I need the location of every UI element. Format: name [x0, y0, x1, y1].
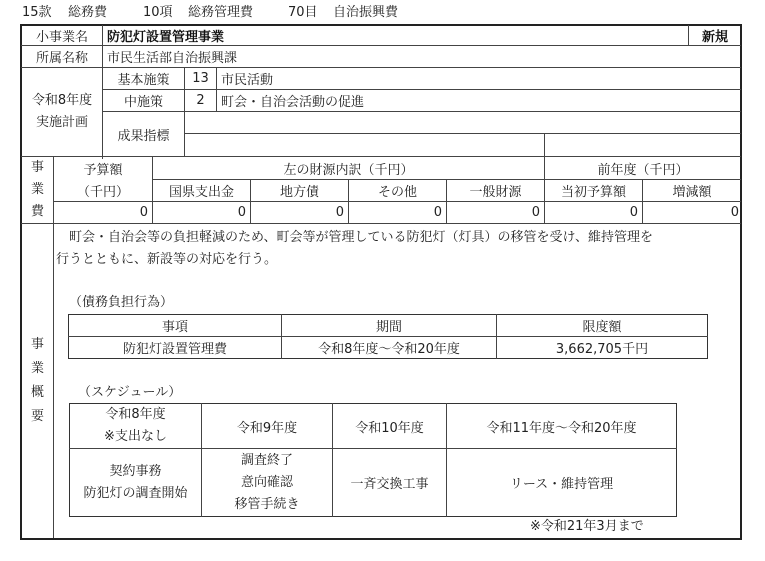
value-change: 0: [643, 202, 741, 223]
basic-policy-label: 基本施策: [103, 68, 184, 89]
project-name: 防犯灯設置管理事業: [103, 25, 688, 45]
value-local-bond: 0: [251, 202, 348, 223]
schedule-task-r10: 一斉交換工事: [333, 449, 446, 516]
plan-label-type: 実施計画: [36, 112, 88, 134]
debt-header-limit: 限度額: [497, 315, 707, 336]
col-general: 一般財源: [447, 180, 544, 201]
kan-name: 総務費: [68, 6, 107, 19]
value-budget: 0: [54, 202, 152, 223]
col-local-bond: 地方債: [251, 180, 348, 201]
schedule-task-r9: 調査終了 意向確認 移管手続き: [202, 449, 332, 516]
debt-section-title: （債務負担行為）: [69, 296, 173, 309]
schedule-header-r11-r20: 令和11年度～令和20年度: [447, 404, 676, 448]
mid-policy-number: 2: [185, 90, 216, 111]
value-other: 0: [349, 202, 446, 223]
department-name: 市民生活部自治振興課: [103, 46, 741, 67]
basic-policy-name: 市民活動: [217, 68, 741, 89]
debt-header-item: 事項: [69, 315, 281, 336]
col-change: 増減額: [643, 180, 741, 201]
debt-limit-amount: 3,662,705千円: [497, 337, 707, 358]
value-prev-initial: 0: [545, 202, 642, 223]
previous-year-label: 前年度（千円）: [545, 157, 741, 179]
col-national-pref: 国県支出金: [153, 180, 250, 201]
kan-number: 15款: [22, 6, 52, 19]
kou-name: 総務管理費: [188, 6, 253, 19]
overview-side-label: 事 業 概 要: [22, 333, 53, 429]
outcome-indicator-row2-b: [545, 134, 741, 156]
description-line-2: 行うとともに、新設等の対応を行う。: [56, 253, 277, 266]
debt-header-period: 期間: [282, 315, 496, 336]
outcome-indicator-row1: [185, 112, 741, 133]
project-name-label: 小事業名: [22, 25, 102, 45]
value-general: 0: [447, 202, 544, 223]
department-label: 所属名称: [22, 46, 102, 67]
moku-number: 70目: [288, 6, 318, 19]
budget-label: 予算額: [54, 157, 152, 179]
value-national-pref: 0: [153, 202, 250, 223]
schedule-task-r11-r20: リース・維持管理: [447, 449, 676, 516]
schedule-header-r8: 令和8年度 ※支出なし: [70, 404, 201, 448]
funding-breakdown-label: 左の財源内訳（千円）: [153, 157, 544, 179]
mid-policy-name: 町会・自治会活動の促進: [217, 90, 741, 111]
status-badge: 新規: [689, 25, 741, 45]
outcome-indicator-row2-a: [185, 134, 544, 156]
schedule-header-r10: 令和10年度: [333, 404, 446, 448]
debt-item: 防犯灯設置管理費: [69, 337, 281, 358]
col-prev-initial: 当初予算額: [545, 180, 642, 201]
debt-period: 令和8年度～令和20年度: [282, 337, 496, 358]
moku-name: 自治振興費: [333, 6, 398, 19]
outcome-indicator-label: 成果指標: [103, 112, 184, 156]
plan-label-year: 令和8年度: [32, 90, 92, 112]
schedule-header-r9: 令和9年度: [202, 404, 332, 448]
cost-side-label: 事 業 費: [22, 157, 53, 223]
plan-label: 令和8年度 実施計画: [22, 68, 102, 156]
description-line-1: 町会・自治会等の負担軽減のため、町会等が管理している防犯灯（灯具）の移管を受け、…: [69, 231, 653, 244]
basic-policy-number: 13: [185, 68, 216, 89]
mid-policy-label: 中施策: [103, 90, 184, 111]
schedule-task-r8: 契約事務 防犯灯の調査開始: [70, 449, 201, 516]
col-other: その他: [349, 180, 446, 201]
schedule-section-title: （スケジュール）: [78, 386, 181, 399]
kou-number: 10項: [143, 6, 173, 19]
budget-unit-label: （千円）: [54, 179, 152, 201]
schedule-note: ※令和21年3月まで: [530, 520, 644, 533]
